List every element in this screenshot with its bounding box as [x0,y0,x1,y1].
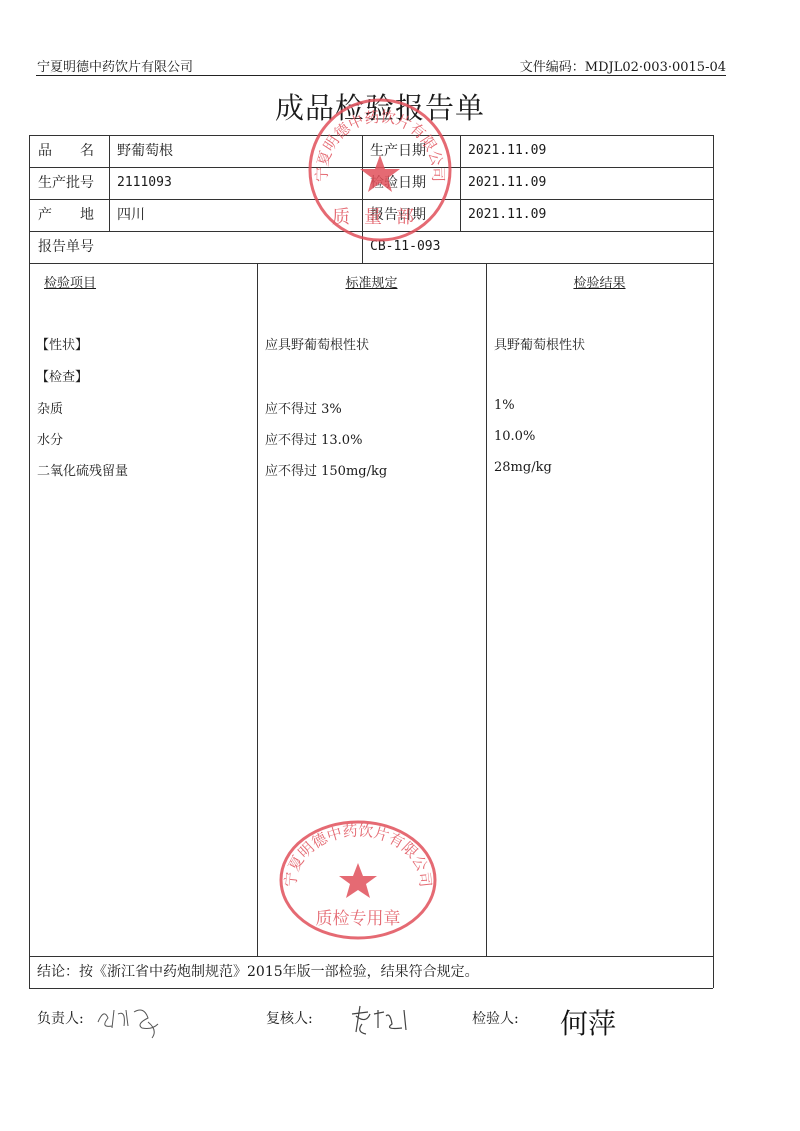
svg-text:质检专用章: 质检专用章 [316,908,401,929]
responsible-label: 负责人: [37,1008,84,1028]
report-no-label: 报告单号 [38,231,94,263]
column-header-item: 检验项目 [44,272,96,291]
table-col-divider [486,263,487,956]
column-header-result: 检验结果 [486,272,713,291]
reviewer-label: 复核人: [266,1008,313,1028]
table-col-divider [460,135,461,231]
table-row-divider [29,263,713,264]
row-result: 1% [494,398,515,413]
row-item: 水分 [37,429,63,448]
document-code: 文件编码：MDJL02·003·0015-04 [520,56,726,75]
table-col-divider [257,263,258,956]
batch-label: 生产批号 [38,167,94,199]
table-border-bottom [29,988,713,989]
quality-inspection-stamp: 宁夏明德中药饮片有限公司 质检专用章 [278,818,438,943]
row-item: 二氧化硫残留量 [37,460,128,479]
batch-value: 2111093 [117,167,172,199]
inspection-date-value: 2021.11.09 [468,167,546,199]
conclusion-text: 结论：按《浙江省中药炮制规范》2015年版一部检验，结果符合规定。 [37,956,479,988]
origin-label: 产 地 [38,199,102,231]
svg-text:宁夏明德中药饮片有限公司: 宁夏明德中药饮片有限公司 [281,822,434,888]
row-result: 具野葡萄根性状 [494,334,585,353]
table-border-right [713,135,714,988]
product-name-label: 品 名 [38,135,102,167]
reviewer-signature [348,1000,418,1040]
company-name: 宁夏明德中药饮片有限公司 [37,56,193,75]
page-title: 成品检验报告单 [0,86,760,127]
responsible-signature [92,1000,182,1040]
table-border-left [29,135,30,988]
table-col-divider [109,135,110,231]
row-item: 【性状】 [36,334,88,353]
row-item: 杂质 [37,398,63,417]
report-date-value: 2021.11.09 [468,199,546,231]
product-name-value: 野葡萄根 [117,135,173,167]
row-standard: 应不得过 150mg/kg [265,460,387,479]
origin-value: 四川 [117,199,145,231]
row-result: 10.0% [494,429,535,444]
inspector-label: 检验人: [472,1008,519,1028]
table-col-divider [362,135,363,263]
row-item: 【检查】 [36,366,88,385]
inspector-signature: 何萍 [560,1002,616,1042]
row-standard: 应不得过 13.0% [265,429,362,448]
row-standard: 应不得过 3% [265,398,342,417]
row-result: 28mg/kg [494,460,552,475]
report-date-label: 报告日期 [370,199,426,231]
inspection-date-label: 检验日期 [370,167,426,199]
report-no-value: CB-11-093 [370,231,440,263]
production-date-label: 生产日期 [370,135,426,167]
column-header-standard: 标准规定 [257,272,486,291]
row-standard: 应具野葡萄根性状 [265,334,369,353]
production-date-value: 2021.11.09 [468,135,546,167]
header-divider [36,75,726,76]
